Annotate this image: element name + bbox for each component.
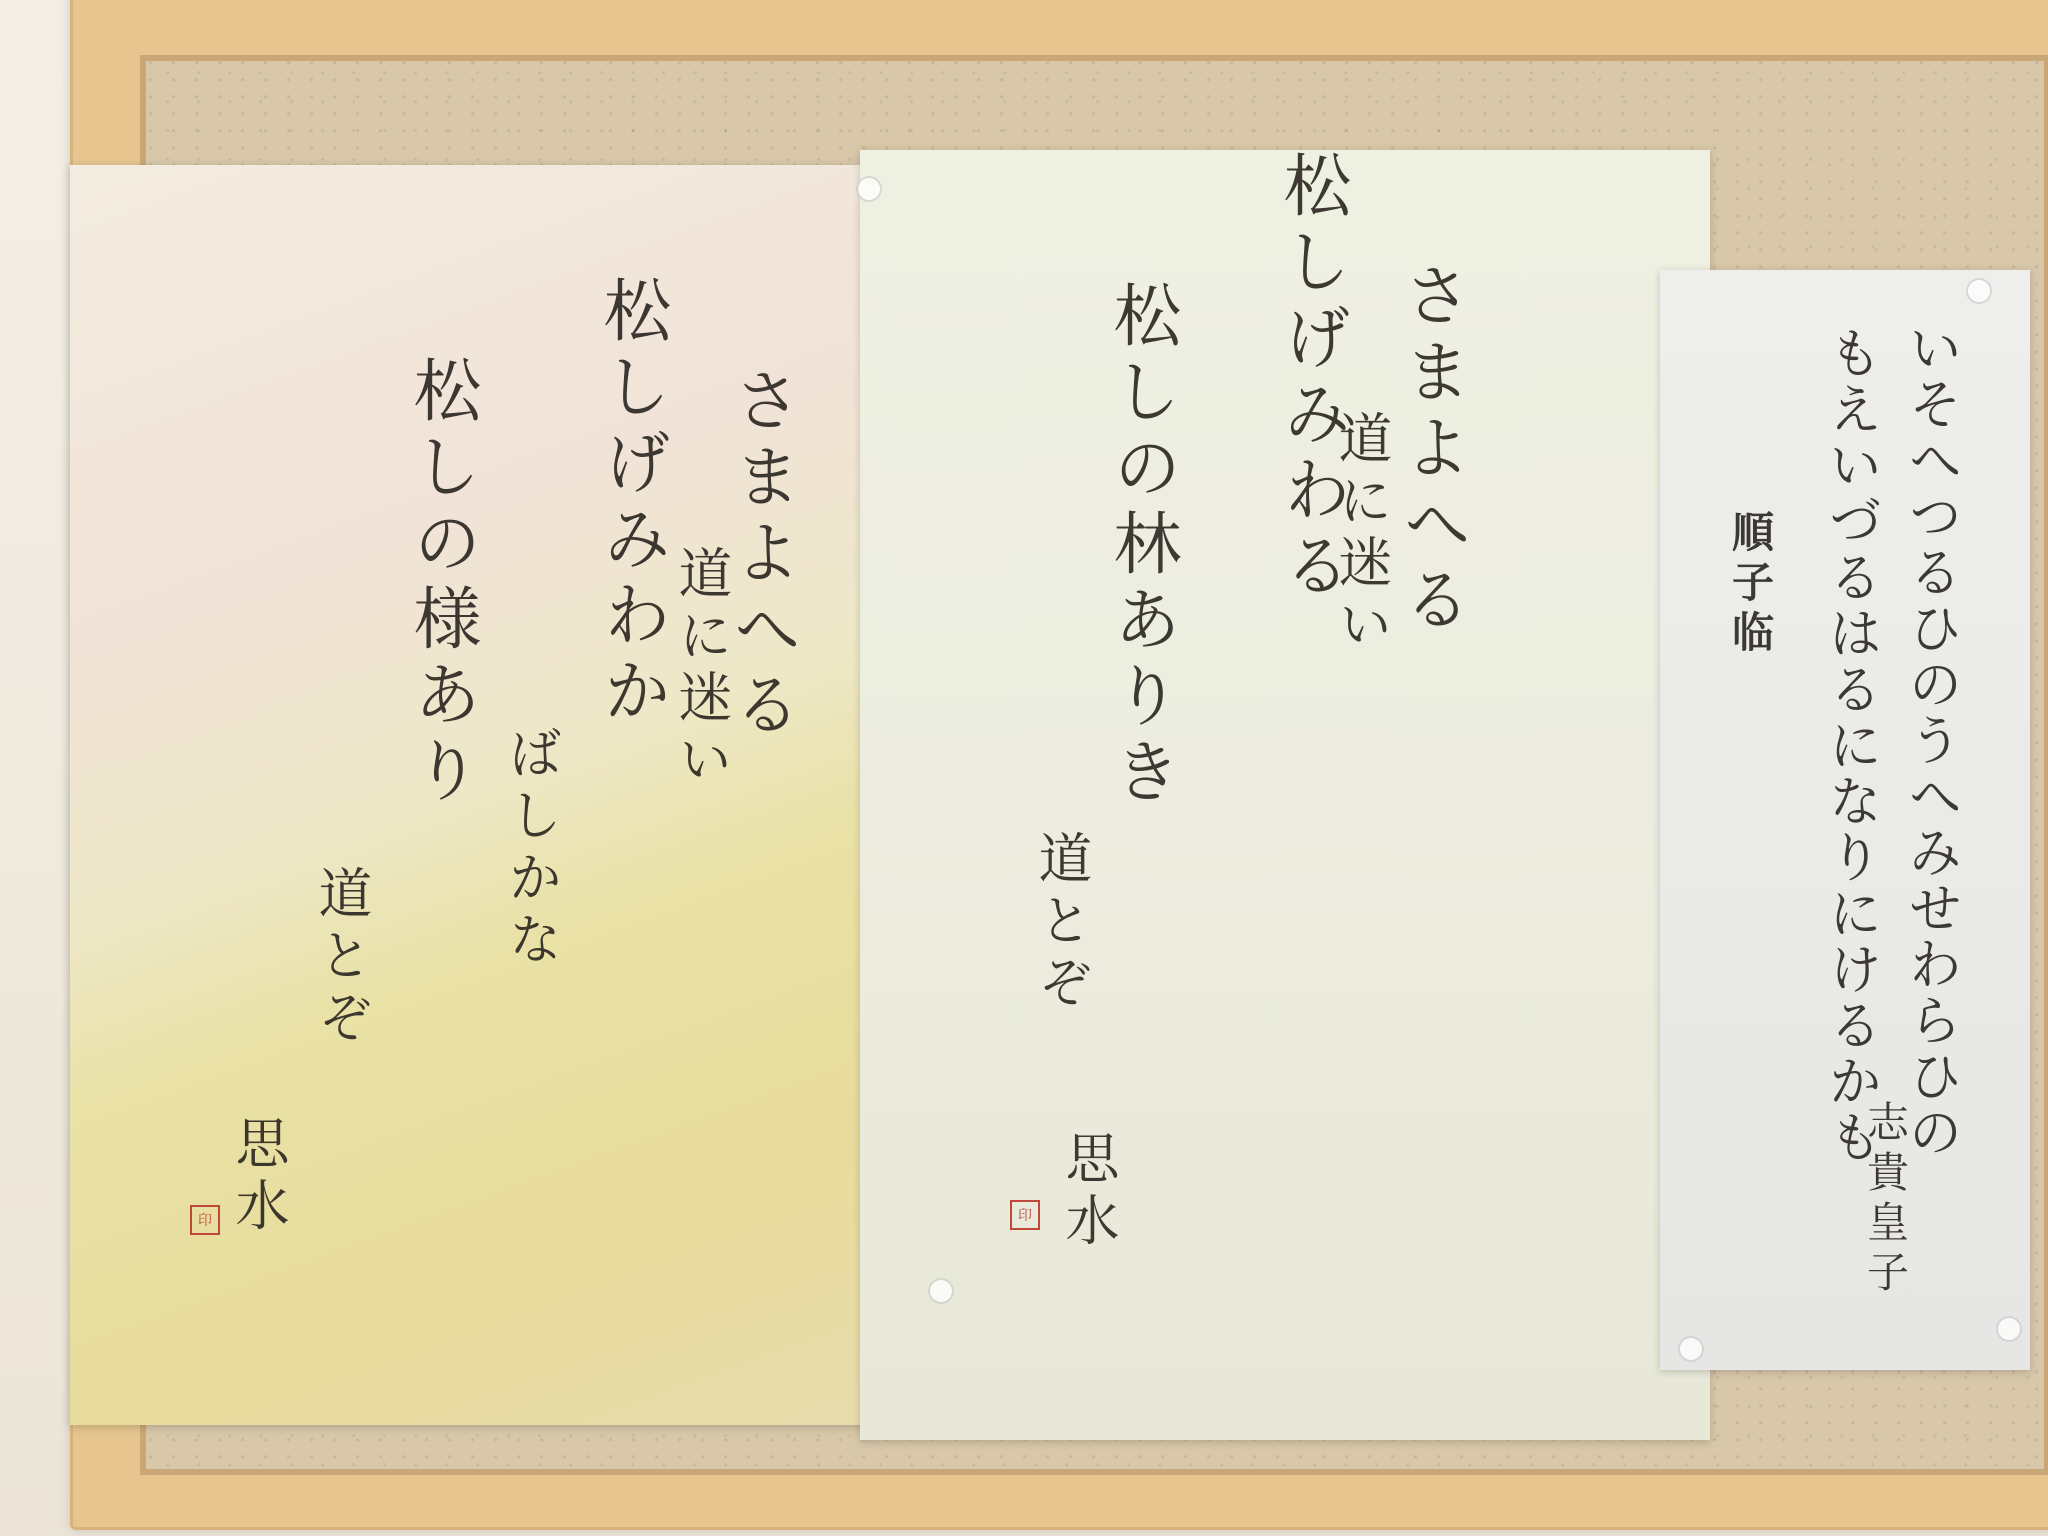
push-pin <box>1998 1318 2020 1340</box>
text-column: 道に迷い <box>663 545 740 793</box>
red-seal: 印 <box>190 1205 220 1235</box>
text-column: ばしかな <box>493 725 570 973</box>
calligraphy-sheet-middle: さまよへる 松しげみわる 道に迷い 松しの林ありき 道とぞ 思水 印 <box>860 150 1710 1440</box>
push-pin <box>858 178 880 200</box>
push-pin <box>930 1280 952 1302</box>
text-column: 道とぞ <box>1023 830 1100 1016</box>
push-pin <box>1680 1338 1702 1360</box>
text-column: 松しの林ありき <box>1093 280 1190 812</box>
signature: 思水 <box>220 1115 297 1239</box>
text-column: 松しの様あり <box>393 355 490 811</box>
calligraphy-sheet-left: さまよへる 松しげみわか 道に迷い 松しの様あり ばしかな 道とぞ 思水 印 <box>70 165 940 1425</box>
red-seal: 印 <box>1010 1200 1040 1230</box>
text-column: 道とぞ <box>303 865 380 1051</box>
signature: 思水 <box>1050 1130 1127 1254</box>
calligraphy-sheet-right: いそへつるひのうへみせわらひの もえいづるはるになりにけるかも 志貴皇子 順子临 <box>1660 270 2030 1370</box>
text-column: もえいづるはるになりにけるかも <box>1813 325 1890 1165</box>
author-name: 志貴皇子 <box>1855 1100 1915 1300</box>
attribution: 順子临 <box>1720 510 1780 660</box>
text-column: いそへつるひのうへみせわらひの <box>1893 320 1970 1160</box>
push-pin <box>1968 280 1990 302</box>
text-column: 道に迷い <box>1323 410 1400 658</box>
